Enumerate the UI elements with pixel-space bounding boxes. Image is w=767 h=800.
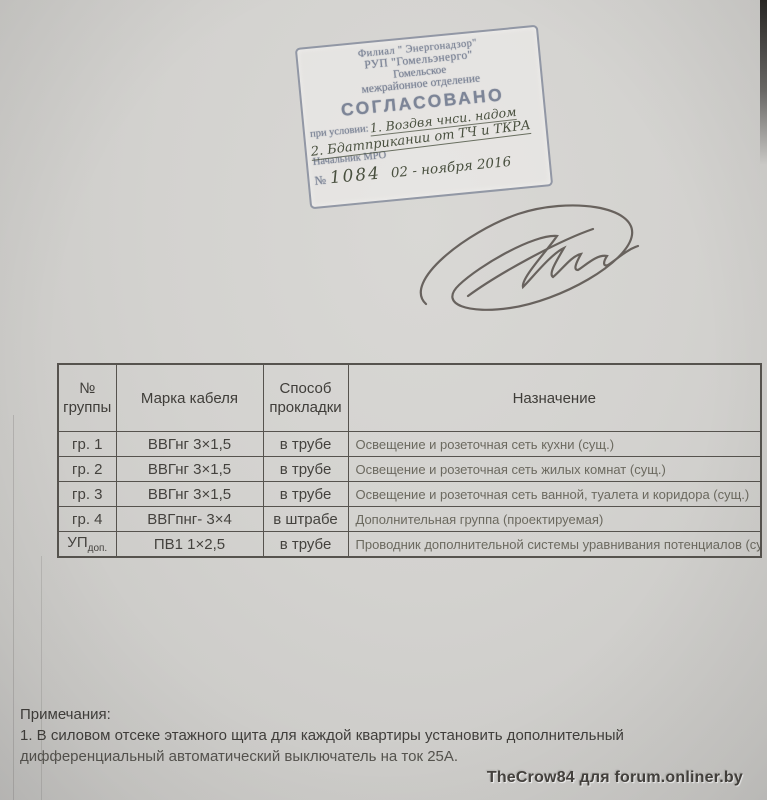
cell-group: гр. 3 xyxy=(58,482,116,507)
cable-label: ВВГнг 3×1,5 xyxy=(148,461,231,478)
cell-group: гр. 4 xyxy=(58,507,116,532)
cell-cable: ВВГнг 3×1,5 xyxy=(116,482,263,507)
purpose-label: Освещение и розеточная сеть кухни (сущ.) xyxy=(356,437,615,452)
header-text: прокладки xyxy=(269,399,341,416)
cell-cable: ВВГнг 3×1,5 xyxy=(116,457,263,482)
cell-method: в штрабе xyxy=(263,507,348,532)
cell-purpose: Освещение и розеточная сеть кухни (сущ.) xyxy=(348,432,761,457)
note-line-2: дифференциальный автоматический выключат… xyxy=(20,746,624,767)
group-label: гр. 1 xyxy=(72,436,103,453)
header-text: Способ xyxy=(280,380,332,397)
cell-method: в трубе xyxy=(263,432,348,457)
purpose-label: Проводник дополнительной системы уравнив… xyxy=(356,537,762,552)
cell-purpose: Проводник дополнительной системы уравнив… xyxy=(348,532,761,558)
cell-cable: ПВ1 1×2,5 xyxy=(116,532,263,558)
table-row: гр. 4 ВВГпнг- 3×4 в штрабе Дополнительна… xyxy=(58,507,761,532)
header-text: № xyxy=(79,380,95,397)
purpose-label: Дополнительная группа (проектируемая) xyxy=(356,512,604,527)
group-label-subscript: доп. xyxy=(88,543,108,554)
table-row: гр. 3 ВВГнг 3×1,5 в трубе Освещение и ро… xyxy=(58,482,761,507)
cable-label: ПВ1 1×2,5 xyxy=(154,536,225,553)
cell-method: в трубе xyxy=(263,457,348,482)
watermark: TheCrow84 для forum.onliner.by xyxy=(487,769,743,787)
document-photo: Филиал " Энергонадзор" РУП "Гомельэнерго… xyxy=(0,0,767,800)
purpose-label: Освещение и розеточная сеть ванной, туал… xyxy=(356,487,750,502)
method-label: в трубе xyxy=(280,461,332,478)
cell-cable: ВВГнг 3×1,5 xyxy=(116,432,263,457)
paper-edge-shadow xyxy=(760,0,767,165)
handwritten-number: 1084 xyxy=(329,163,382,188)
cell-cable: ВВГпнг- 3×4 xyxy=(116,507,263,532)
stamp-number-label: № xyxy=(314,173,327,189)
table-row: УПдоп. ПВ1 1×2,5 в трубе Проводник допол… xyxy=(58,532,761,558)
header-text: Марка кабеля xyxy=(141,390,238,407)
cell-method: в трубе xyxy=(263,482,348,507)
header-text: Назначение xyxy=(513,390,596,407)
cell-group: УПдоп. xyxy=(58,532,116,558)
cable-label: ВВГнг 3×1,5 xyxy=(148,486,231,503)
cell-purpose: Освещение и розеточная сеть ванной, туал… xyxy=(348,482,761,507)
group-label: УП xyxy=(67,534,87,551)
table-row: гр. 1 ВВГнг 3×1,5 в трубе Освещение и ро… xyxy=(58,432,761,457)
cable-label: ВВГнг 3×1,5 xyxy=(148,436,231,453)
col-header-laying-method: Способ прокладки xyxy=(263,364,348,432)
header-text: группы xyxy=(63,399,111,416)
group-label: гр. 3 xyxy=(72,486,103,503)
table-row: гр. 2 ВВГнг 3×1,5 в трубе Освещение и ро… xyxy=(58,457,761,482)
purpose-label: Освещение и розеточная сеть жилых комнат… xyxy=(356,462,666,477)
method-label: в трубе xyxy=(280,486,332,503)
paper-crease xyxy=(13,415,14,800)
method-label: в трубе xyxy=(280,536,332,553)
approval-stamp: Филиал " Энергонадзор" РУП "Гомельэнерго… xyxy=(295,25,553,210)
cell-purpose: Освещение и розеточная сеть жилых комнат… xyxy=(348,457,761,482)
method-label: в трубе xyxy=(280,436,332,453)
group-label: гр. 2 xyxy=(72,461,103,478)
cell-group: гр. 2 xyxy=(58,457,116,482)
notes: Примечания: 1. В силовом отсеке этажного… xyxy=(20,704,624,767)
table-header-row: № группы Марка кабеля Способ прокладки Н… xyxy=(58,364,761,432)
note-line-1: 1. В силовом отсеке этажного щита для ка… xyxy=(20,725,624,746)
cell-method: в трубе xyxy=(263,532,348,558)
col-header-cable-mark: Марка кабеля xyxy=(116,364,263,432)
cable-label: ВВГпнг- 3×4 xyxy=(147,511,232,528)
method-label: в штрабе xyxy=(273,511,338,528)
cable-table: № группы Марка кабеля Способ прокладки Н… xyxy=(57,363,762,558)
signature xyxy=(408,196,653,318)
col-header-purpose: Назначение xyxy=(348,364,761,432)
notes-title: Примечания: xyxy=(20,704,624,725)
cell-group: гр. 1 xyxy=(58,432,116,457)
cell-purpose: Дополнительная группа (проектируемая) xyxy=(348,507,761,532)
group-label: гр. 4 xyxy=(72,511,103,528)
col-header-group-number: № группы xyxy=(58,364,116,432)
